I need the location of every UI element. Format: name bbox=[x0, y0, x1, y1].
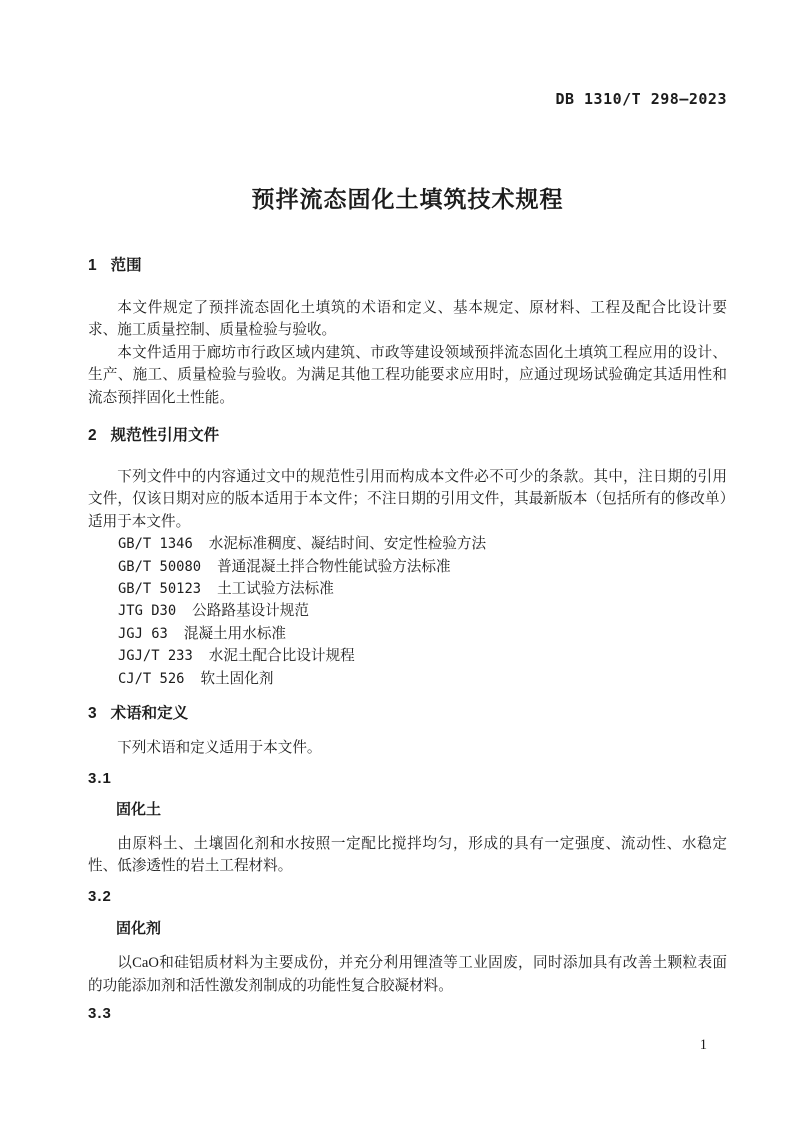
reference-item: JGJ 63混凝土用水标准 bbox=[88, 623, 727, 645]
term-3-1-definition: 由原料土、土壤固化剂和水按照一定配比搅拌均匀，形成的具有一定强度、流动性、水稳定… bbox=[88, 833, 727, 878]
term-3-2-name: 固化剂 bbox=[116, 919, 727, 939]
term-3-2-definition: 以CaO和硅铝质材料为主要成份，并充分利用锂渣等工业固废，同时添加具有改善土颗粒… bbox=[88, 952, 727, 997]
reference-item: CJ/T 526软土固化剂 bbox=[88, 668, 727, 690]
section-1-title: 范围 bbox=[111, 257, 142, 274]
reference-title: 水泥土配合比设计规程 bbox=[209, 648, 355, 664]
page-title: 预拌流态固化土填筑技术规程 bbox=[88, 184, 727, 214]
reference-title: 普通混凝土拌合物性能试验方法标准 bbox=[217, 559, 451, 575]
section-1-number: 1 bbox=[88, 257, 97, 274]
reference-code: GB/T 50123 bbox=[118, 581, 201, 597]
section-2-title: 规范性引用文件 bbox=[111, 427, 220, 444]
section-1-paragraph-2: 本文件适用于廊坊市行政区域内建筑、市政等建设领域预拌流态固化土填筑工程应用的设计… bbox=[88, 342, 727, 409]
reference-item: GB/T 50123土工试验方法标准 bbox=[88, 578, 727, 600]
reference-item: JGJ/T 233水泥土配合比设计规程 bbox=[88, 645, 727, 667]
page-number: 1 bbox=[700, 1036, 707, 1054]
reference-code: JTG D30 bbox=[118, 603, 176, 619]
section-2-number: 2 bbox=[88, 427, 97, 444]
reference-title: 公路路基设计规范 bbox=[192, 603, 309, 619]
section-2-paragraph-1: 下列文件中的内容通过文中的规范性引用而构成本文件必不可少的条款。其中，注日期的引… bbox=[88, 466, 727, 533]
term-3-1-name: 固化土 bbox=[116, 800, 727, 820]
term-3-1-number: 3.1 bbox=[88, 769, 727, 789]
section-3-heading: 3术语和定义 bbox=[88, 704, 727, 724]
reference-code: CJ/T 526 bbox=[118, 671, 184, 687]
normative-references-list: GB/T 1346水泥标准稠度、凝结时间、安定性检验方法 GB/T 50080普… bbox=[88, 533, 727, 690]
reference-item: GB/T 50080普通混凝土拌合物性能试验方法标准 bbox=[88, 556, 727, 578]
reference-code: JGJ/T 233 bbox=[118, 648, 193, 664]
reference-title: 水泥标准稠度、凝结时间、安定性检验方法 bbox=[209, 536, 486, 552]
reference-item: GB/T 1346水泥标准稠度、凝结时间、安定性检验方法 bbox=[88, 533, 727, 555]
section-2-heading: 2规范性引用文件 bbox=[88, 426, 727, 446]
section-3-title: 术语和定义 bbox=[111, 705, 189, 722]
reference-item: JTG D30公路路基设计规范 bbox=[88, 600, 727, 622]
reference-code: GB/T 1346 bbox=[118, 536, 193, 552]
reference-code: JGJ 63 bbox=[118, 626, 168, 642]
reference-title: 土工试验方法标准 bbox=[217, 581, 334, 597]
reference-code: GB/T 50080 bbox=[118, 559, 201, 575]
document-page: DB 1310/T 298—2023 预拌流态固化土填筑技术规程 1范围 本文件… bbox=[0, 0, 800, 1132]
section-3-intro: 下列术语和定义适用于本文件。 bbox=[88, 737, 727, 759]
term-3-2-number: 3.2 bbox=[88, 887, 727, 907]
reference-title: 混凝土用水标准 bbox=[184, 626, 286, 642]
reference-title: 软土固化剂 bbox=[200, 671, 273, 687]
section-3-number: 3 bbox=[88, 705, 97, 722]
term-3-3-number: 3.3 bbox=[88, 1004, 727, 1024]
section-1-paragraph-1: 本文件规定了预拌流态固化土填筑的术语和定义、基本规定、原材料、工程及配合比设计要… bbox=[88, 297, 727, 342]
section-1-heading: 1范围 bbox=[88, 256, 727, 276]
doc-number: DB 1310/T 298—2023 bbox=[88, 0, 727, 108]
